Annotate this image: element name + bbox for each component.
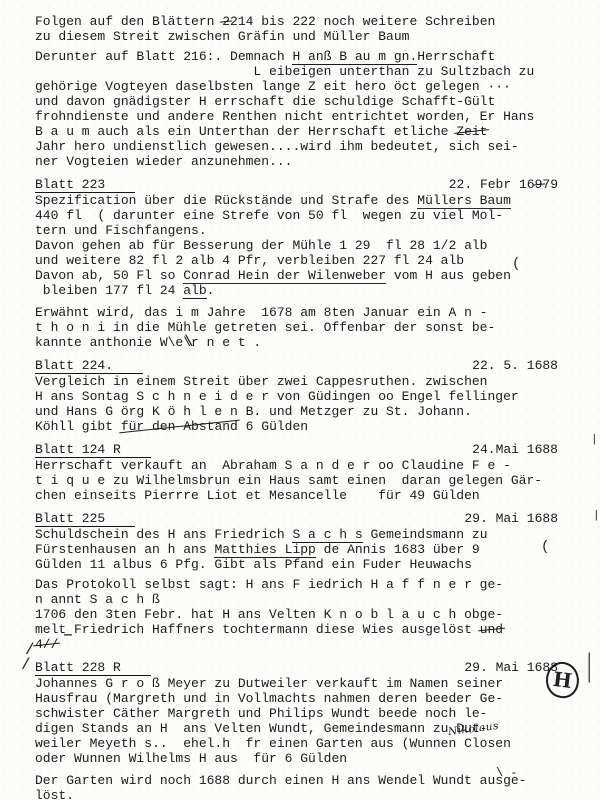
text-line: melt Friedrich Haffners tochtermann dies…	[35, 622, 600, 637]
text-line: Herrschaft verkauft an Abraham S a n d e…	[35, 458, 600, 473]
blatt-heading: Blatt 223	[35, 177, 135, 193]
text-segment: oder Wunnen Wilhelms H aus für 6 Gülden	[35, 751, 347, 766]
text-line: Folgen auf den Blättern 2214 bis 222 noc…	[35, 14, 600, 29]
text-line: 4//	[35, 637, 600, 652]
text-segment: B a u m auch als ein Unterthan der Herrs…	[35, 124, 456, 139]
text-segment-hand-underlined: Müllers Baum	[417, 193, 511, 209]
text-line: weiler Meyeth s.. ehel.h fr einen Garten…	[35, 736, 600, 751]
text-line: Derunter auf Blatt 216:. Demnach H anß B…	[35, 49, 600, 64]
text-segment: melt Friedrich Haffners tochtermann dies…	[35, 622, 480, 637]
margin-slash-mark: /	[21, 656, 31, 674]
text-segment: bleiben 177 fl 24	[35, 283, 183, 298]
text-segment: 22. Febr 16	[449, 177, 535, 192]
text-segment: 440 fl ( darunter eine Strefe von 50 fl …	[35, 208, 503, 223]
text-line: 1706 den 3ten Febr. hat H ans Velten K n…	[35, 607, 600, 622]
text-segment: zu diesem Streit zwischen Gräfin und Mül…	[35, 29, 409, 44]
text-segment: Köhll gibt	[35, 419, 121, 434]
text-segment: 6 Gülden	[238, 419, 308, 434]
entry-date: 22. Febr 16979	[449, 177, 558, 192]
edge-tick-mark: |	[593, 510, 600, 522]
text-segment: weiler Meyeth s.. ehel.h fr einen Garten…	[35, 736, 511, 751]
text-segment-struck: und	[480, 622, 503, 637]
text-segment: Davon gehen ab für Besserung der Mühle 1…	[35, 238, 487, 253]
text-segment-struck: 4//	[35, 637, 58, 652]
entry-date: 24.Mai 1688	[472, 442, 558, 457]
stray-backslash-mark: \	[184, 333, 194, 351]
text-segment: und davon gnädigster H errschaft die sch…	[35, 94, 495, 109]
blatt-heading: Blatt 224.	[35, 358, 143, 374]
text-segment: 29. Mai 1688	[464, 660, 558, 675]
text-line: Gülden 11 albus 6 Pfg. Gibt als Pfand ei…	[35, 557, 600, 572]
text-segment: Vergleich in einem Streit über zwei Capp…	[35, 374, 487, 389]
text-segment: digen Stands an H ans Velten Wundt, Geme…	[35, 721, 487, 736]
text-line: B a u m auch als ein Unterthan der Herrs…	[35, 124, 600, 139]
text-segment: Johannes G r o ß Meyer zu Dutweiler verk…	[35, 676, 503, 691]
text-line: und Hans G örg K ö h l e n B. und Metzge…	[35, 404, 600, 419]
paragraph: Folgen auf den Blättern 2214 bis 222 noc…	[35, 14, 600, 44]
blatt-heading: Blatt 225	[35, 511, 135, 527]
text-line: Köhll gibt für den Abstand 6 Gülden	[35, 419, 600, 434]
blatt-heading: Blatt 124 R	[35, 442, 151, 458]
end-dash-mark: \ -	[496, 766, 518, 780]
text-segment-struck: 2	[222, 14, 230, 29]
text-line: t h o n i in die Mühle getreten sei. Off…	[35, 320, 600, 335]
text-segment: löst.	[35, 788, 74, 800]
text-segment: 1706 den 3ten Febr. hat H ans Velten K n…	[35, 607, 503, 622]
entry-heading-row: Blatt 224.22. 5. 1688	[35, 358, 600, 374]
text-segment: t h o n i in die Mühle getreten sei. Off…	[35, 320, 495, 335]
text-segment-underlined: H anß B au m gn.	[292, 49, 417, 65]
entry-date: 29. Mai 1688	[464, 511, 558, 526]
text-line: gehörige Vogteyen daselbsten lange Z eit…	[35, 79, 600, 94]
entry-date: 29. Mai 1688	[464, 660, 558, 675]
text-line: Vergleich in einem Streit über zwei Capp…	[35, 374, 600, 389]
text-line: löst.	[35, 788, 600, 800]
text-segment: kannte anthonie W\e\r n e t .	[35, 335, 261, 350]
stray-paren-mark: (	[512, 256, 520, 272]
text-segment-struck: für den Abstand	[121, 419, 238, 434]
text-segment: Blatt 124 R	[35, 442, 121, 457]
text-segment: Blatt 228 R	[35, 660, 121, 675]
text-segment: Davon ab, 50 Fl so	[35, 268, 183, 283]
text-segment: Spezification über die Rückstände und St…	[35, 193, 417, 208]
text-segment: und Hans G örg K ö h l e n B. und Metzge…	[35, 404, 472, 419]
text-segment: Herrschaft	[417, 49, 495, 64]
text-line: Das Protokoll selbst sagt: H ans F iedri…	[35, 577, 600, 592]
text-segment: und weitere 82 fl 2 alb 4 Pfr, verbleibe…	[35, 253, 464, 268]
margin-vline-mark: |	[585, 651, 593, 688]
text-line: Jahr hero undienstlich gewesen....wird i…	[35, 139, 600, 154]
text-line: oder Wunnen Wilhelms H aus für 6 Gülden	[35, 751, 600, 766]
paragraph: Das Protokoll selbst sagt: H ans F iedri…	[35, 577, 600, 652]
text-segment-hand-underlined: Conrad Hein der Wilenweber	[183, 268, 386, 284]
text-line: kannte anthonie W\e\r n e t .	[35, 335, 600, 350]
text-segment: Blatt 223	[35, 177, 105, 192]
text-line: t i q u e zu Wilhelmsbrun ein Haus samt …	[35, 473, 600, 488]
paragraph: Herrschaft verkauft an Abraham S a n d e…	[35, 458, 600, 503]
text-line: zu diesem Streit zwischen Gräfin und Mül…	[35, 29, 600, 44]
text-segment: frohndienste und andere Renthen nicht en…	[35, 109, 534, 124]
document-page: Folgen auf den Blättern 2214 bis 222 noc…	[0, 0, 600, 800]
text-line: Davon gehen ab für Besserung der Mühle 1…	[35, 238, 600, 253]
text-segment: Derunter auf Blatt 216:. Demnach	[35, 49, 292, 64]
text-line: H ans Sontag S c h n e i d e r von Güdin…	[35, 389, 600, 404]
text-line: schwister Cäther Margreth und Philips Wu…	[35, 706, 600, 721]
text-line: Fürstenhausen an h ans Matthies Lipp de …	[35, 542, 600, 557]
stray-paren-mark: (	[541, 539, 549, 555]
text-segment: 214 bis 222 noch weitere Schreiben	[230, 14, 495, 29]
text-segment: de Annis 1683 über 9	[316, 542, 480, 557]
edge-tick-mark: |	[591, 434, 598, 446]
text-segment: tern und Fischfangens.	[35, 223, 207, 238]
text-segment: Fürstenhausen an h ans	[35, 542, 214, 557]
text-segment: 29. Mai 1688	[464, 511, 558, 526]
text-segment: 24.Mai 1688	[472, 442, 558, 457]
text-segment: Erwähnt wird, das i m Jahre 1678 am 8ten…	[35, 305, 487, 320]
text-segment: L eibeigen unterthan zu Sultzbach zu	[35, 64, 534, 79]
entry-heading-row: Blatt 124 R24.Mai 1688	[35, 442, 600, 458]
text-line: bleiben 177 fl 24 alb.	[35, 283, 600, 298]
text-line: n annt S a c h ß	[35, 592, 600, 607]
paragraph: Spezification über die Rückstände und St…	[35, 193, 600, 298]
text-segment-underlined: S a c h s	[292, 527, 362, 543]
text-line: tern und Fischfangens.	[35, 223, 600, 238]
text-segment: Das Protokoll selbst sagt: H ans F iedri…	[35, 577, 503, 592]
entry-heading-row: Blatt 22529. Mai 1688	[35, 511, 600, 527]
text-segment: 22. 5. 1688	[472, 358, 558, 373]
text-segment: Gemeindsmann zu	[363, 527, 488, 542]
text-segment: Herrschaft verkauft an Abraham S a n d e…	[35, 458, 511, 473]
paragraph: Derunter auf Blatt 216:. Demnach H anß B…	[35, 49, 600, 169]
text-line: und davon gnädigster H errschaft die sch…	[35, 94, 600, 109]
text-segment: n annt S a c h ß	[35, 592, 160, 607]
entry-date: 22. 5. 1688	[472, 358, 558, 373]
text-line: L eibeigen unterthan zu Sultzbach zu	[35, 64, 600, 79]
text-segment: Jahr hero undienstlich gewesen....wird i…	[35, 139, 519, 154]
text-line: Hausfrau (Margreth und in Vollmachts nah…	[35, 691, 600, 706]
text-segment: H ans Sontag S c h n e i d e r von Güdin…	[35, 389, 519, 404]
paragraph: Johannes G r o ß Meyer zu Dutweiler verk…	[35, 676, 600, 766]
text-segment: ner Vogteien wieder anzunehmen...	[35, 154, 292, 169]
text-segment: schwister Cäther Margreth und Philips Wu…	[35, 706, 487, 721]
text-segment-underlined: alb	[183, 283, 206, 299]
text-line: ner Vogteien wieder anzunehmen...	[35, 154, 600, 169]
text-segment: t i q u e zu Wilhelmsbrun ein Haus samt …	[35, 473, 542, 488]
text-line: Spezification über die Rückstände und St…	[35, 193, 600, 208]
entry-heading-row: Blatt 228 R29. Mai 1688	[35, 660, 600, 676]
paragraph: Schuldschein des H ans Friedrich S a c h…	[35, 527, 600, 572]
text-line: Johannes G r o ß Meyer zu Dutweiler verk…	[35, 676, 600, 691]
text-line: digen Stands an H ans Velten Wundt, Geme…	[35, 721, 600, 736]
text-segment: Blatt 224.	[35, 358, 113, 373]
stray-dash-mark: —	[64, 627, 72, 642]
text-segment: gehörige Vogteyen daselbsten lange Z eit…	[35, 79, 511, 94]
text-segment: 79	[542, 177, 558, 192]
text-segment: Folgen auf den Blättern	[35, 14, 222, 29]
paragraph: Vergleich in einem Streit über zwei Capp…	[35, 374, 600, 434]
paragraph: Erwähnt wird, das i m Jahre 1678 am 8ten…	[35, 305, 600, 350]
text-segment: vom H aus geben	[386, 268, 511, 283]
text-segment: Hausfrau (Margreth und in Vollmachts nah…	[35, 691, 503, 706]
text-segment: Schuldschein des H ans Friedrich	[35, 527, 292, 542]
text-segment: .	[207, 283, 215, 298]
text-segment: Der Garten wird noch 1688 durch einen H …	[35, 773, 526, 788]
text-line: 440 fl ( darunter eine Strefe von 50 fl …	[35, 208, 600, 223]
text-segment: Gülden 11 albus 6 Pfg. Gibt als Pfand ei…	[35, 557, 472, 572]
text-segment: chen einseits Pierrre Liot et Mesancelle…	[35, 488, 480, 503]
text-line: Erwähnt wird, das i m Jahre 1678 am 8ten…	[35, 305, 600, 320]
entry-heading-row: Blatt 22322. Febr 16979	[35, 177, 600, 193]
text-segment-struck: 9	[535, 177, 543, 192]
text-segment-underlined: Matthies Lipp	[214, 542, 315, 558]
blatt-heading: Blatt 228 R	[35, 660, 151, 676]
text-segment-struck: Zeit	[456, 124, 487, 139]
text-line: chen einseits Pierrre Liot et Mesancelle…	[35, 488, 600, 503]
text-line: frohndienste und andere Renthen nicht en…	[35, 109, 600, 124]
text-line: Schuldschein des H ans Friedrich S a c h…	[35, 527, 600, 542]
text-segment: Blatt 225	[35, 511, 105, 526]
